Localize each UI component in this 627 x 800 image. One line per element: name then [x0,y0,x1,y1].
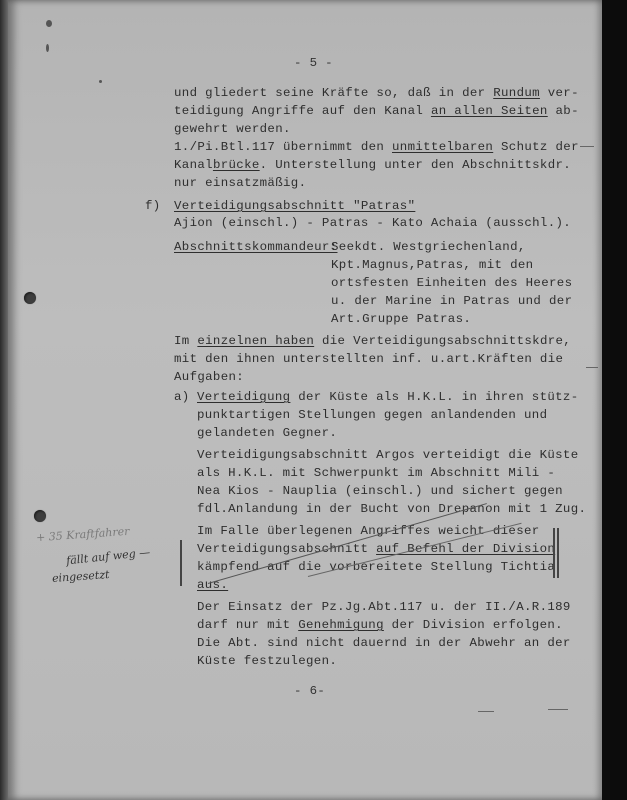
commander-line: ortsfesten Einheiten des Heeres [331,276,572,290]
text-line: Der Einsatz der Pz.Jg.Abt.117 u. der II.… [197,600,571,614]
page-number-bottom: - 6- [294,684,325,698]
text-line: Die Abt. sind nicht dauernd in der Abweh… [197,636,571,650]
text-line: darf nur mit Genehmigung der Division er… [197,618,563,632]
paper-speck [99,80,102,83]
margin-bar-left [180,540,182,586]
text-line: teidigung Angriffe auf den Kanal an alle… [174,104,579,118]
text-line: Aufgaben: [174,370,244,384]
text-line: aus. [197,578,228,592]
text-line: Verteidigungsabschnitt Argos verteidigt … [197,448,579,462]
margin-note-pencil: + 35 Kraftfahrer [36,525,130,544]
text-line: gelandeten Gegner. [197,426,337,440]
text-line: Kanalbrücke. Unterstellung unter den Abs… [174,158,571,172]
section-marker: f) [145,199,161,213]
task-marker: a) [174,390,190,404]
margin-note-ink: eingesetzt [52,568,110,585]
text-line: nur einsatzmäßig. [174,176,306,190]
text-line: Verteidigung der Küste als H.K.L. in ihr… [197,390,579,404]
stray-mark [586,367,598,368]
stray-mark [478,711,494,712]
text-line: mit den ihnen unterstellten inf. u.art.K… [174,352,563,366]
stray-mark [548,709,568,710]
document-page: - 5 - und gliedert seine Kräfte so, daß … [8,0,602,800]
paper-stain [46,44,49,52]
margin-bar-right [557,528,559,578]
text-line: Nea Kios - Nauplia (einschl.) und sicher… [197,484,563,498]
margin-note-ink: fällt auf weg — [66,546,151,568]
text-line: Im einzelnen haben die Verteidigungsabsc… [174,334,571,348]
commander-line: Seekdt. Westgriechenland, [331,240,526,254]
text-line: Verteidigungsabschnitt auf Befehl der Di… [197,542,555,556]
punch-hole-lower [34,510,46,522]
text-line: gewehrt werden. [174,122,291,136]
commander-line: Kpt.Magnus,Patras, mit den [331,258,533,272]
section-title: Verteidigungsabschnitt "Patras" [174,199,415,213]
commander-line: Art.Gruppe Patras. [331,312,471,326]
punch-hole-upper [24,292,36,304]
commander-line: u. der Marine in Patras und der [331,294,572,308]
text-line: fdl.Anlandung in der Bucht von Drepanon … [197,502,586,516]
paper-stain [46,20,52,27]
text-line: und gliedert seine Kräfte so, daß in der… [174,86,579,100]
page-number-top: - 5 - [294,56,333,70]
scan-left-edge [0,0,8,800]
scan-right-edge [602,0,627,800]
section-extent: Ajion (einschl.) - Patras - Kato Achaia … [174,216,571,230]
text-line: Küste festzulegen. [197,654,337,668]
commander-label: Abschnittskommandeur: [174,240,338,254]
text-line: punktartigen Stellungen gegen anlandende… [197,408,547,422]
margin-bar-right [553,528,555,578]
text-line: als H.K.L. mit Schwerpunkt im Abschnitt … [197,466,555,480]
text-line: 1./Pi.Btl.117 übernimmt den unmittelbare… [174,140,579,154]
stray-mark [580,146,594,147]
